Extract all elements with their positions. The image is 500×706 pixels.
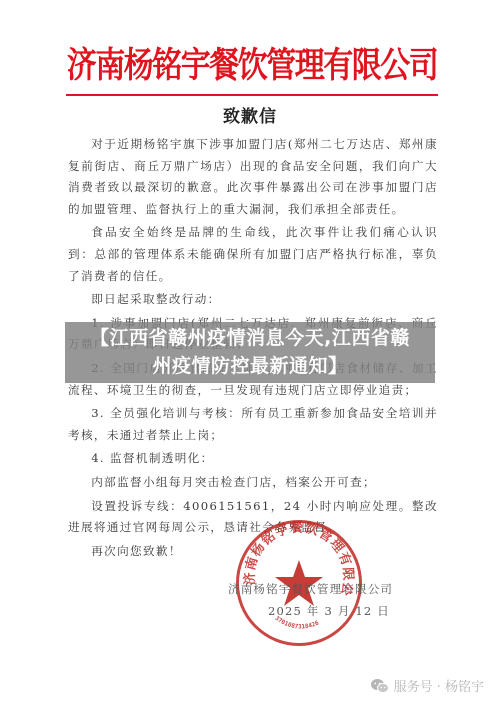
- paragraph-actions-intro: 即日起采取整改行动：: [68, 289, 438, 311]
- headline-overlay-banner[interactable]: 【江西省赣州疫情消息今天,江西省赣 州疫情防控最新通知】: [65, 322, 435, 383]
- company-letterhead-title: 济南杨铭宇餐饮管理有限公司: [66, 38, 438, 95]
- banner-line-2: 州疫情防控最新通知】: [65, 352, 435, 380]
- wechat-icon: [370, 678, 390, 694]
- action-item-4: 4. 监督机制透明化：: [68, 448, 438, 470]
- paragraph-apology: 对于近期杨铭宇旗下涉事加盟门店(郑州二七万达店、郑州康复前街店、商丘万鼎广场店）…: [68, 134, 438, 220]
- paragraph-internal-supervision: 内部监督小组每月突击检查门店，档案公开可查；: [68, 472, 438, 494]
- footer-account-label: 服务号 · 杨铭宇: [394, 676, 484, 695]
- letterhead-divider: [66, 94, 438, 96]
- signature-date: 2025 年 3 月 12 日: [268, 603, 390, 619]
- watermark-footer: 服务号 · 杨铭宇: [370, 676, 484, 695]
- letter-heading: 致歉信: [0, 102, 500, 127]
- paragraph-food-safety: 食品安全始终是品牌的生命线，此次事件让我们痛心认识到：总部的管理体系未能确保所有…: [68, 222, 438, 287]
- banner-headline: 【江西省赣州疫情消息今天,江西省赣 州疫情防控最新通知】: [65, 324, 435, 380]
- letter-page: 济南杨铭宇餐饮管理有限公司 致歉信 对于近期杨铭宇旗下涉事加盟门店(郑州二七万达…: [0, 0, 500, 706]
- signature-company: 济南杨铭宇餐饮管理有限公司: [228, 575, 393, 603]
- banner-line-1: 【江西省赣州疫情消息今天,江西省赣: [65, 324, 435, 352]
- action-item-3: 3. 全员强化培训与考核：所有员工重新参加食品安全培训并考核，未通过者禁止上岗；: [68, 403, 438, 446]
